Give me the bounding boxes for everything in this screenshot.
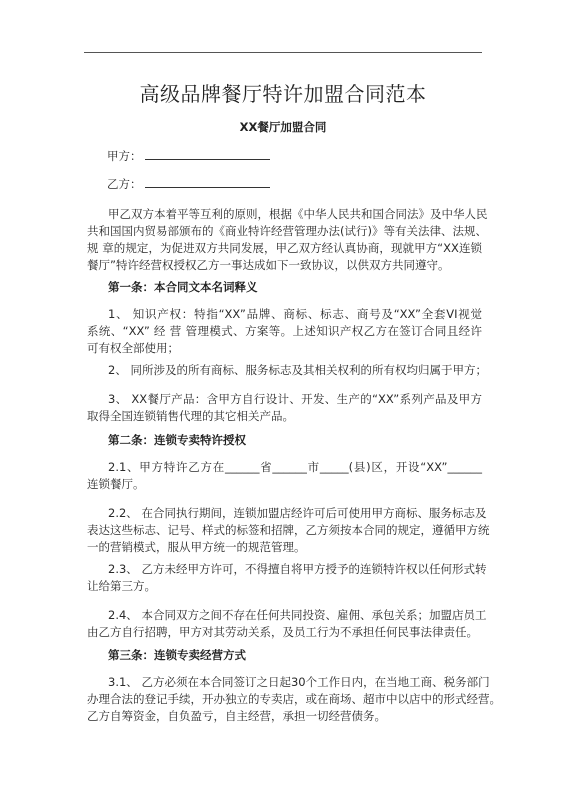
clause-line: 3.1、 乙方必须在本合同签订之日起30个工作日内，在当地工商、税务部门 xyxy=(108,675,482,689)
clause-line: 取得全国连锁销售代理的其它相关产品。 xyxy=(87,409,482,423)
party-a-field: 甲方： xyxy=(107,148,270,164)
clause-line: 2.4、 本合同双方之间不存在任何共同投资、雇佣、承包关系；加盟店员工 xyxy=(108,608,482,622)
section-heading-3: 第三条：连锁专卖经营方式 xyxy=(108,647,246,663)
clause-line: 1、 知识产权：特指“XX”品牌、商标、标志、商号及“XX”全套VI视觉 xyxy=(108,307,482,321)
clause-line: 由乙方自行招聘，甲方对其劳动关系，及员工行为不承担任何民事法律责任。 xyxy=(87,625,482,639)
clause-line: 一的营销模式，服从甲方统一的规范管理。 xyxy=(87,540,482,554)
party-b-label: 乙方： xyxy=(107,177,142,191)
clause-line: 连锁餐厅。 xyxy=(87,477,482,491)
document-subtitle: XX餐厅加盟合同 xyxy=(84,119,482,135)
party-a-blank xyxy=(145,149,270,160)
clause-line: 可有权全部使用； xyxy=(87,341,482,355)
party-b-blank xyxy=(145,177,270,188)
preamble-line: 餐厅”特许经营权授权乙方一事达成如下一致协议，以供双方共同遵守。 xyxy=(87,258,482,272)
clause-line: 3、 XX餐厅产品：含甲方自行设计、开发、生产的“XX”系列产品及甲方 xyxy=(108,392,482,406)
clause-line: 2.2、 在合同执行期间，连锁加盟店经许可后可使用甲方商标、服务标志及 xyxy=(108,506,482,520)
clause-line: 办理合法的登记手续，开办独立的专卖店，或在商场、超市中以店中的形式经营。 xyxy=(87,692,482,706)
clause-line: 2.3、 乙方未经甲方许可，不得擅自将甲方授予的连锁特许权以任何形式转 xyxy=(108,562,482,576)
preamble-line: 规 章的规定，为促进双方共同发展，甲乙双方经认真协商，现就甲方“XX连锁 xyxy=(87,241,482,255)
section-heading-1: 第一条：本合同文本名词释义 xyxy=(108,279,258,295)
section-heading-2: 第二条：连锁专卖特许授权 xyxy=(108,432,246,448)
clause-line: 乙方自筹资金，自负盈亏，自主经营，承担一切经营债务。 xyxy=(87,709,482,723)
preamble-line: 甲乙双方本着平等互利的原则，根据《中华人民共和国合同法》及中华人民 xyxy=(108,207,482,221)
clause-line: 2.1、甲方特许乙方在______省______市_____(县)区，开设“XX… xyxy=(108,460,482,474)
document-title: 高级品牌餐厅特许加盟合同范本 xyxy=(84,78,482,107)
clause-line: 系统、“XX” 经 营 管理模式、方案等。上述知识产权乙方在签订合同且经许 xyxy=(87,324,482,338)
party-a-label: 甲方： xyxy=(107,149,142,163)
preamble-line: 共和国国内贸易部颁布的《商业特许经营管理办法(试行)》等有关法律、法规、 xyxy=(87,224,482,238)
header-rule xyxy=(84,52,482,53)
party-b-field: 乙方： xyxy=(107,176,270,192)
clause-line: 让给第三方。 xyxy=(87,579,482,593)
clause-line: 表达这些标志、记号、样式的标签和招牌，乙方须按本合同的规定，遵循甲方统 xyxy=(87,523,482,537)
clause-line: 2、 同所涉及的所有商标、服务标志及其相关权利的所有权均归属于甲方； xyxy=(108,363,482,377)
